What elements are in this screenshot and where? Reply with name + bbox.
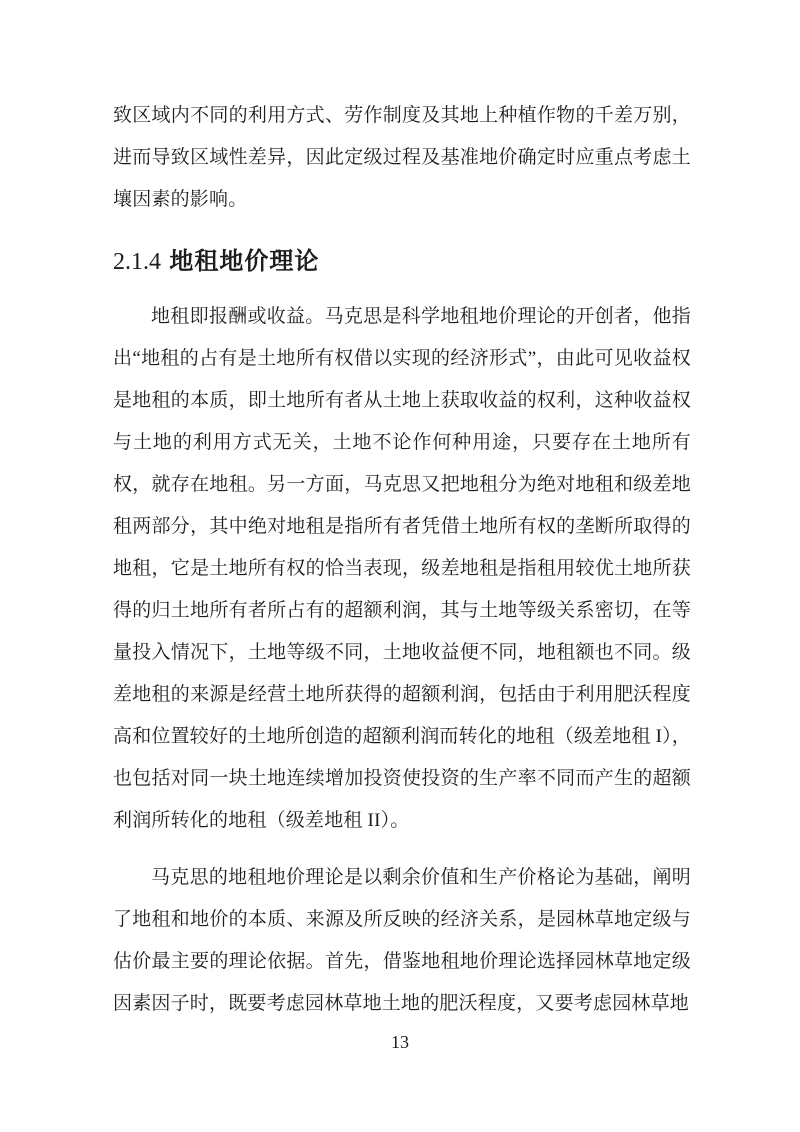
paragraph-rent-theory: 地租即报酬或收益。马克思是科学地租地价理论的开创者，他指出“地租的占有是土地所有… xyxy=(113,296,691,842)
page-number: 13 xyxy=(0,1031,800,1053)
document-page: 致区域内不同的利用方式、劳作制度及其地上种植作物的千差万别，进而导致区域性差异，… xyxy=(0,0,800,1132)
text-block: 致区域内不同的利用方式、劳作制度及其地上种植作物的千差万别，进而导致区域性差异，… xyxy=(113,95,691,1025)
section-number: 2.1.4 xyxy=(113,249,161,275)
paragraph-marx-theory: 马克思的地租地价理论是以剩余价值和生产价格论为基础，阐明了地租和地价的本质、来源… xyxy=(113,857,691,1025)
section-heading: 2.1.4地租地价理论 xyxy=(113,241,691,283)
paragraph-soil-factors: 致区域内不同的利用方式、劳作制度及其地上种植作物的千差万别，进而导致区域性差异，… xyxy=(113,95,691,221)
section-title: 地租地价理论 xyxy=(169,248,319,275)
